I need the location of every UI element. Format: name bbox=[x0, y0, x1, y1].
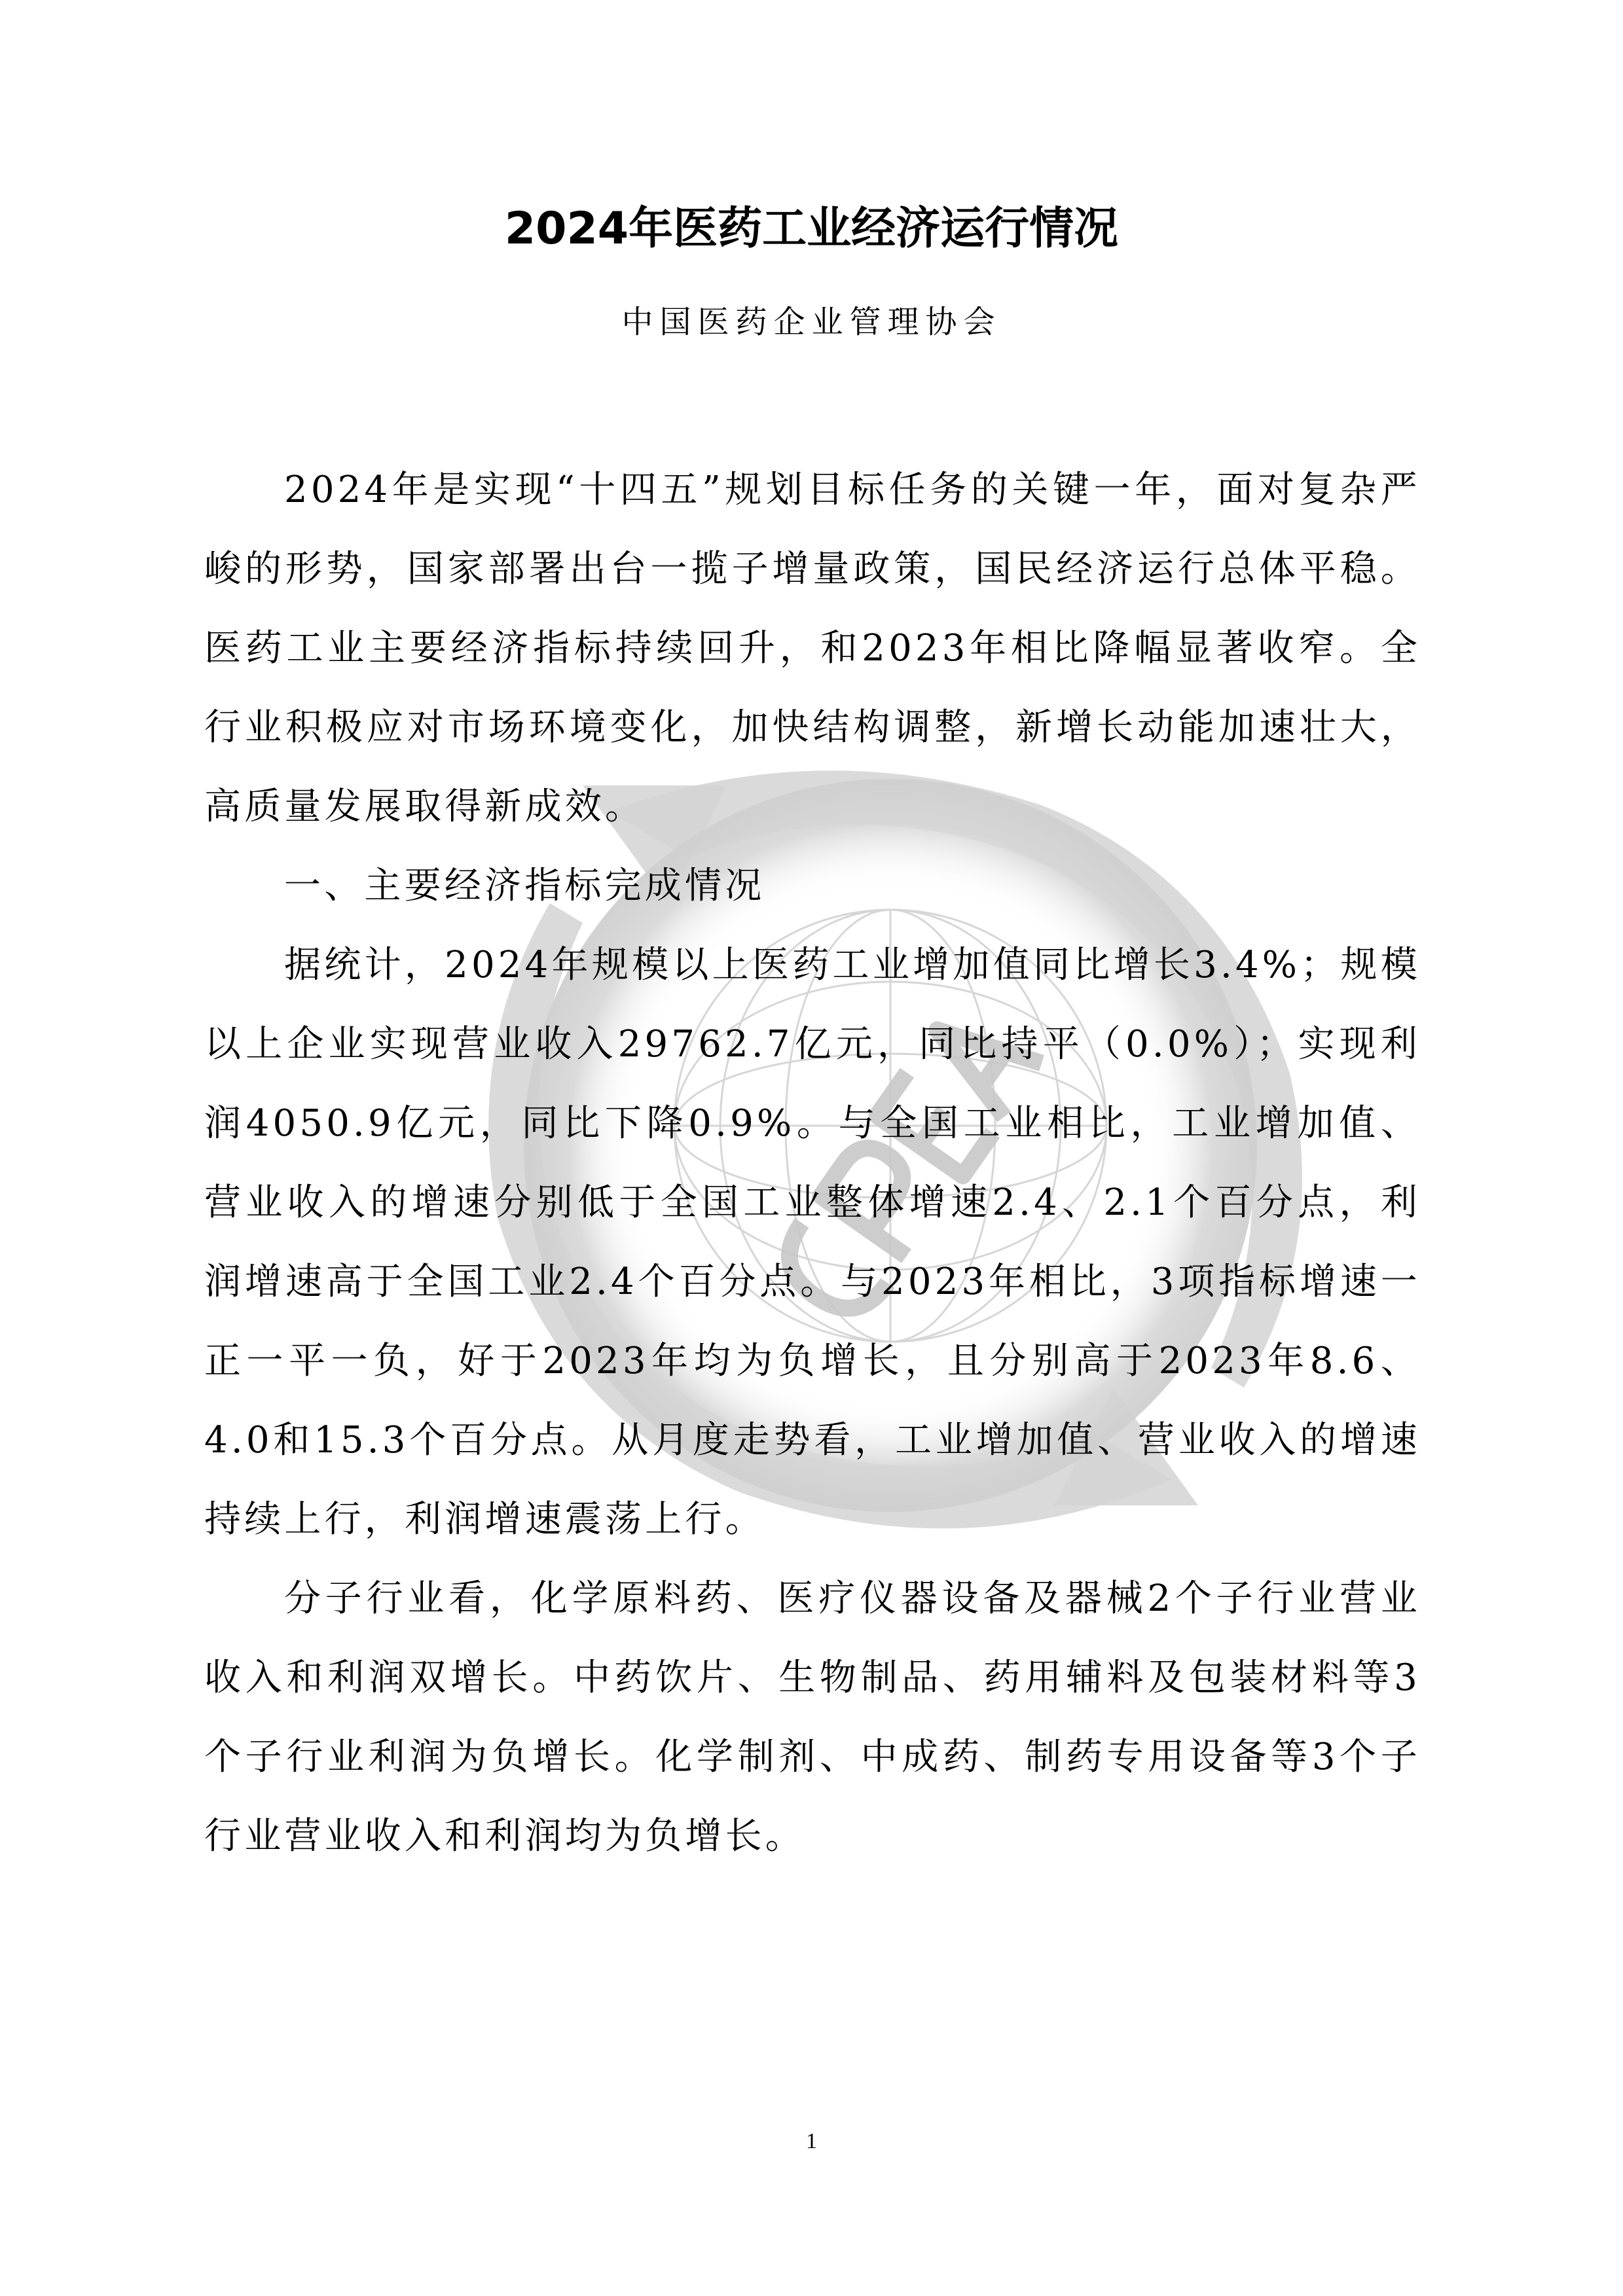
page-number: 1 bbox=[0, 2128, 1623, 2155]
document-title: 2024年医药工业经济运行情况 bbox=[0, 200, 1623, 259]
document-page: 2024年医药工业经济运行情况 中国医药企业管理协会 2024年是实现“十四五”… bbox=[0, 0, 1623, 2296]
section-heading: 一、主要经济指标完成情况 bbox=[204, 846, 1421, 925]
document-author: 中国医药企业管理协会 bbox=[0, 296, 1623, 348]
subsectors-paragraph: 分子行业看，化学原料药、医疗仪器设备及器械2个子行业营业收入和利润双增长。中药饮… bbox=[204, 1559, 1421, 1876]
intro-paragraph: 2024年是实现“十四五”规划目标任务的关键一年，面对复杂严峻的形势，国家部署出… bbox=[204, 450, 1421, 846]
stats-paragraph: 据统计，2024年规模以上医药工业增加值同比增长3.4%；规模以上企业实现营业收… bbox=[204, 925, 1421, 1559]
document-body: 2024年是实现“十四五”规划目标任务的关键一年，面对复杂严峻的形势，国家部署出… bbox=[204, 450, 1421, 1876]
